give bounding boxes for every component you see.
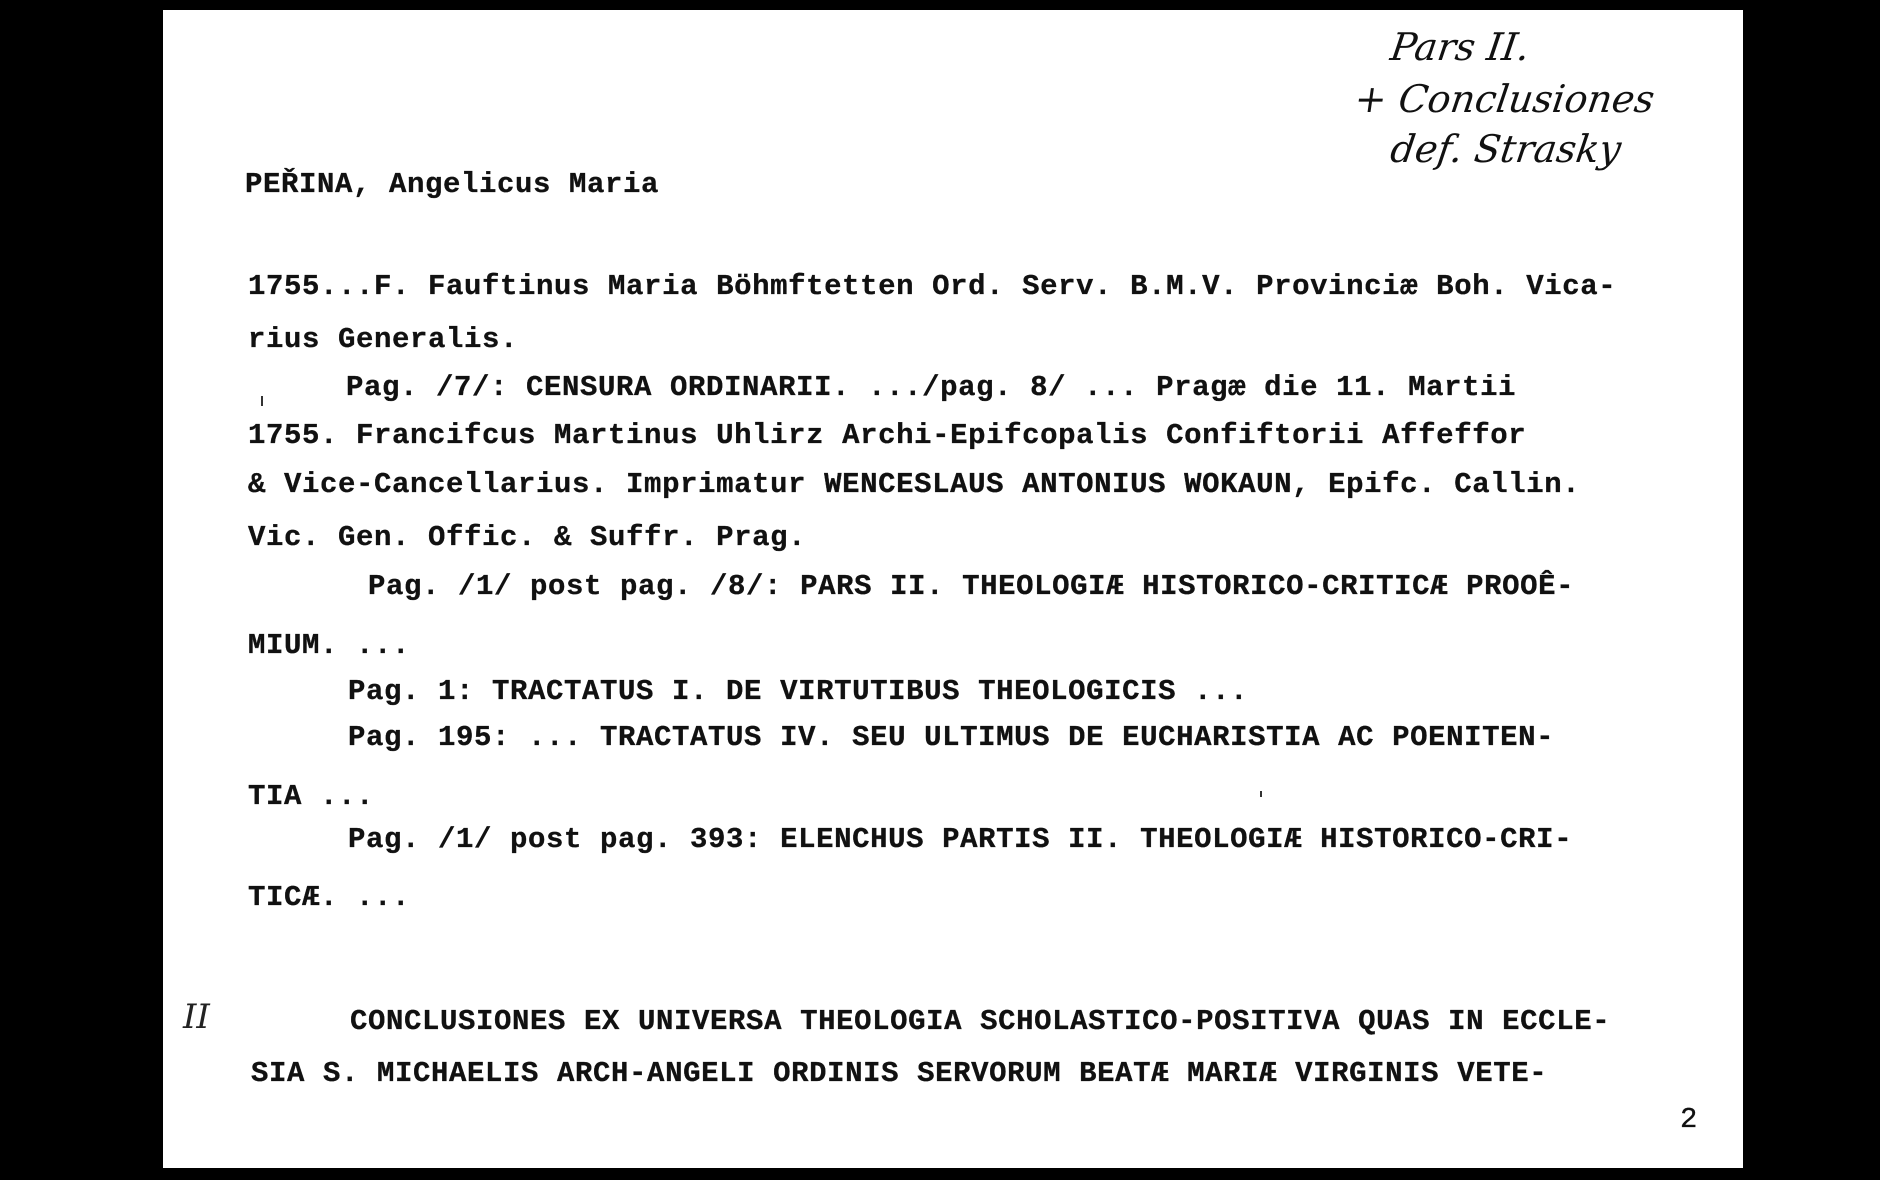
page-number: 2	[1680, 1105, 1698, 1134]
margin-mark: II	[183, 1000, 210, 1034]
handwritten-note-line-1: Pars II.	[1388, 28, 1532, 66]
entry-line: MIUM. ...	[248, 631, 410, 660]
entry-line: Pag. /1/ post pag. 393: ELENCHUS PARTIS …	[348, 825, 1572, 854]
entry-line: TICÆ. ...	[248, 883, 410, 912]
entry-line: Pag. /7/: CENSURA ORDINARII. .../pag. 8/…	[346, 373, 1516, 402]
handwritten-note-line-2: + Conclusiones	[1352, 80, 1657, 118]
conclusiones-line: CONCLUSIONES EX UNIVERSA THEOLOGIA SCHOL…	[350, 1007, 1610, 1036]
entry-line: rius Generalis.	[248, 325, 518, 354]
entry-line: Pag. 195: ... TRACTATUS IV. SEU ULTIMUS …	[348, 723, 1554, 752]
entry-line: TIA ...	[248, 782, 374, 811]
entry-line: 1755. Francifcus Martinus Uhlirz Archi-E…	[248, 421, 1526, 450]
entry-line: & Vice-Cancellarius. Imprimatur WENCESLA…	[248, 470, 1580, 499]
scanned-page: Pars II. + Conclusiones def. Strasky PEŘ…	[0, 0, 1880, 1180]
entry-line: Vic. Gen. Offic. & Suffr. Prag.	[248, 523, 806, 552]
entry-line: Pag. 1: TRACTATUS I. DE VIRTUTIBUS THEOL…	[348, 677, 1248, 706]
handwritten-note-line-3: def. Strasky	[1388, 130, 1623, 168]
catalog-card: Pars II. + Conclusiones def. Strasky PEŘ…	[163, 10, 1743, 1168]
entry-line: Pag. /1/ post pag. /8/: PARS II. THEOLOG…	[368, 572, 1574, 601]
scan-speck	[261, 396, 263, 406]
entry-line: 1755...F. Fauftinus Maria Böhmftetten Or…	[248, 272, 1616, 301]
scan-speck	[1260, 791, 1262, 797]
conclusiones-line: SIA S. MICHAELIS ARCH-ANGELI ORDINIS SER…	[251, 1059, 1547, 1088]
card-heading: PEŘINA, Angelicus Maria	[245, 170, 659, 199]
